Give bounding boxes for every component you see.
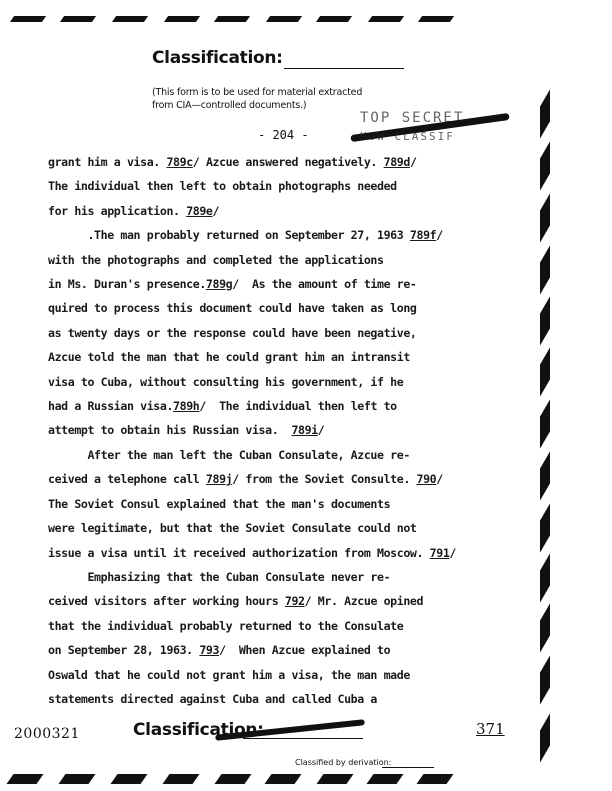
body-line: After the man left the Cuban Consulate, … — [48, 443, 518, 467]
form-note-line2: from CIA—controlled documents.) — [152, 99, 362, 112]
footnote-ref: 789c — [166, 155, 192, 169]
body-line: that the individual probably returned to… — [48, 614, 518, 638]
body-line: had a Russian visa.789h/ The individual … — [48, 394, 518, 418]
footnote-ref: 790 — [417, 472, 437, 486]
body-line: attempt to obtain his Russian visa. 789i… — [48, 418, 518, 442]
form-note-line1: (This form is to be used for material ex… — [152, 86, 362, 99]
body-line: as twenty days or the response could hav… — [48, 321, 518, 345]
body-line: .The man probably returned on September … — [48, 223, 518, 247]
document-body: grant him a visa. 789c/ Azcue answered n… — [48, 150, 518, 711]
footnote-ref: 789h — [173, 399, 199, 413]
body-line: were legitimate, but that the Soviet Con… — [48, 516, 518, 540]
page-number: - 204 - — [258, 128, 309, 142]
document-id: 2000321 — [14, 726, 80, 742]
top-border-stripes — [0, 16, 612, 36]
body-line: ceived visitors after working hours 792/… — [48, 589, 518, 613]
classified-by-label: Classified by derivation: — [295, 758, 391, 767]
stamp-text-bottom: HOW CLASSIF — [360, 130, 455, 143]
body-line: Oswald that he could not grant him a vis… — [48, 663, 518, 687]
body-line: Emphasizing that the Cuban Consulate nev… — [48, 565, 518, 589]
body-line: quired to process this document could ha… — [48, 296, 518, 320]
classified-by-field — [382, 767, 434, 768]
body-line: visa to Cuba, without consulting his gov… — [48, 370, 518, 394]
body-line: The Soviet Consul explained that the man… — [48, 492, 518, 516]
footnote-ref: 789f — [410, 228, 436, 242]
footnote-ref: 791 — [430, 546, 450, 560]
body-line: Azcue told the man that he could grant h… — [48, 345, 518, 369]
footnote-ref: 789j — [206, 472, 232, 486]
body-line: statements directed against Cuba and cal… — [48, 687, 518, 711]
redacted-stamp: TOP SECRET HOW CLASSIF — [350, 110, 510, 148]
body-line: with the photographs and completed the a… — [48, 248, 518, 272]
footnote-ref: 789d — [384, 155, 410, 169]
folio-number: 371 — [476, 720, 505, 738]
classification-field-top — [284, 68, 404, 69]
footnote-ref: 789g — [206, 277, 232, 291]
body-line: for his application. 789e/ — [48, 199, 518, 223]
body-line: in Ms. Duran's presence.789g/ As the amo… — [48, 272, 518, 296]
form-note: (This form is to be used for material ex… — [152, 86, 362, 112]
footnote-ref: 789i — [291, 423, 317, 437]
footnote-ref: 793 — [199, 643, 219, 657]
body-line: on September 28, 1963. 793/ When Azcue e… — [48, 638, 518, 662]
body-line: ceived a telephone call 789j/ from the S… — [48, 467, 518, 491]
classification-field-bottom — [243, 738, 363, 739]
footnote-ref: 792 — [285, 594, 305, 608]
body-line: issue a visa until it received authoriza… — [48, 541, 518, 565]
body-line: The individual then left to obtain photo… — [48, 174, 518, 198]
footnote-ref: 789e — [186, 204, 212, 218]
body-line: grant him a visa. 789c/ Azcue answered n… — [48, 150, 518, 174]
bottom-border-stripes — [0, 774, 612, 791]
classification-label-top: Classification: — [152, 48, 283, 68]
